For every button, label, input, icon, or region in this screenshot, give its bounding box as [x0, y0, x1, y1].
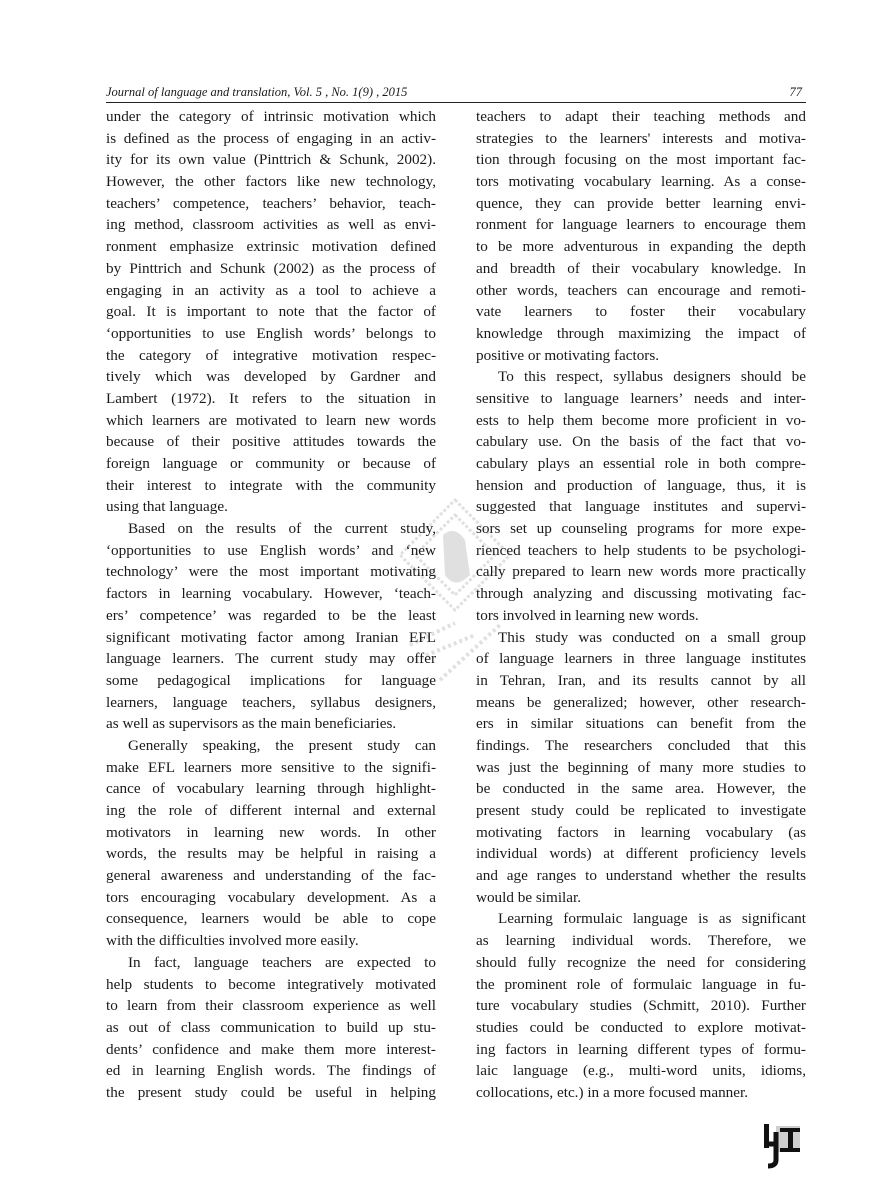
text-line: make EFL learners more sensitive to the …	[106, 757, 436, 779]
text-line: as learning individual words. Therefore,…	[476, 930, 806, 952]
text-line: foreign language or community or because…	[106, 453, 436, 475]
text-line: the present study could be useful in hel…	[106, 1082, 436, 1104]
text-line: vate learners to foster their vocabulary	[476, 301, 806, 323]
text-line: to learn from their classroom experience…	[106, 995, 436, 1017]
text-line: cally prepared to learn new words more p…	[476, 561, 806, 583]
text-line: quence, they can provide better learning…	[476, 193, 806, 215]
text-line: the category of integrative motivation r…	[106, 345, 436, 367]
text-line: collocations, etc.) in a more focused ma…	[476, 1082, 806, 1104]
text-line: knowledge through maximizing the impact …	[476, 323, 806, 345]
text-line: through analyzing and discussing motivat…	[476, 583, 806, 605]
paragraph: Generally speaking, the present study ca…	[106, 735, 436, 952]
text-line: should fully recognize the need for cons…	[476, 952, 806, 974]
text-line: be conducted in the same area. However, …	[476, 778, 806, 800]
text-line: is defined as the process of engaging in…	[106, 128, 436, 150]
journal-logo-ljlt-icon	[762, 1122, 804, 1170]
text-line: some pedagogical implications for langua…	[106, 670, 436, 692]
text-line: words, the results may be helpful in rai…	[106, 843, 436, 865]
text-line: would be similar.	[476, 887, 806, 909]
text-line: cance of vocabulary learning through hig…	[106, 778, 436, 800]
text-line: studies could be conducted to explore mo…	[476, 1017, 806, 1039]
text-line: ing factors in learning different types …	[476, 1039, 806, 1061]
text-line: sors set up counseling programs for more…	[476, 518, 806, 540]
text-line: ed in learning English words. The findin…	[106, 1060, 436, 1082]
text-line: teachers to adapt their teaching methods…	[476, 106, 806, 128]
text-line: tors involved in learning new words.	[476, 605, 806, 627]
text-line: This study was conducted on a small grou…	[476, 627, 806, 649]
text-line: ture vocabulary studies (Schmitt, 2010).…	[476, 995, 806, 1017]
paragraph: To this respect, syllabus designers shou…	[476, 366, 806, 626]
text-line: tion through focusing on the most import…	[476, 149, 806, 171]
paragraph: teachers to adapt their teaching methods…	[476, 106, 806, 366]
text-line: the prominent role of formulaic language…	[476, 974, 806, 996]
text-line: Learning formulaic language is as signif…	[476, 908, 806, 930]
text-line: was just the beginning of many more stud…	[476, 757, 806, 779]
paragraph: under the category of intrinsic motivati…	[106, 106, 436, 518]
text-line: hension and production of language, thus…	[476, 475, 806, 497]
text-line: cabulary plays an essential role in both…	[476, 453, 806, 475]
text-line: sensitive to language learners’ needs an…	[476, 388, 806, 410]
text-line: dents’ confidence and make them more int…	[106, 1039, 436, 1061]
journal-title: Journal of language and translation, Vol…	[106, 84, 407, 100]
text-line: suggested that language institutes and s…	[476, 496, 806, 518]
text-line: under the category of intrinsic motivati…	[106, 106, 436, 128]
text-line: ronment for language learners to encoura…	[476, 214, 806, 236]
text-line: as out of class communication to build u…	[106, 1017, 436, 1039]
text-line: general awareness and understanding of t…	[106, 865, 436, 887]
text-line: tors motivating vocabulary learning. As …	[476, 171, 806, 193]
text-line: Based on the results of the current stud…	[106, 518, 436, 540]
text-line: learners, language teachers, syllabus de…	[106, 692, 436, 714]
text-line: significant motivating factor among Iran…	[106, 627, 436, 649]
text-line: positive or motivating factors.	[476, 345, 806, 367]
running-header: Journal of language and translation, Vol…	[106, 84, 806, 103]
text-line: However, the other factors like new tech…	[106, 171, 436, 193]
text-line: ity for its own value (Pinttrich & Schun…	[106, 149, 436, 171]
text-line: ‘opportunities to use English words’ and…	[106, 540, 436, 562]
left-column: under the category of intrinsic motivati…	[106, 106, 436, 1104]
text-line: present study could be replicated to inv…	[476, 800, 806, 822]
paragraph: This study was conducted on a small grou…	[476, 627, 806, 909]
text-line: strategies to the learners' interests an…	[476, 128, 806, 150]
text-line: motivators in learning new words. In oth…	[106, 822, 436, 844]
paragraph: In fact, language teachers are expected …	[106, 952, 436, 1104]
text-line: as well as supervisors as the main benef…	[106, 713, 436, 735]
text-line: tors encouraging vocabulary development.…	[106, 887, 436, 909]
text-line: and age ranges to understand whether the…	[476, 865, 806, 887]
text-line: teachers’ competence, teachers’ behavior…	[106, 193, 436, 215]
text-line: which learners are motivated to learn ne…	[106, 410, 436, 432]
text-line: Generally speaking, the present study ca…	[106, 735, 436, 757]
text-line: of language learners in three language i…	[476, 648, 806, 670]
text-line: engaging in an activity as a tool to ach…	[106, 280, 436, 302]
paragraph: Learning formulaic language is as signif…	[476, 908, 806, 1103]
text-line: consequence, learners would be able to c…	[106, 908, 436, 930]
text-line: rienced teachers to help students to be …	[476, 540, 806, 562]
text-line: ronment emphasize extrinsic motivation d…	[106, 236, 436, 258]
text-line: factors in learning vocabulary. However,…	[106, 583, 436, 605]
text-line: other words, teachers can encourage and …	[476, 280, 806, 302]
text-line: cabulary use. On the basis of the fact t…	[476, 431, 806, 453]
text-line: in Tehran, Iran, and its results cannot …	[476, 670, 806, 692]
text-line: ers in similar situations can benefit fr…	[476, 713, 806, 735]
text-line: by Pinttrich and Schunk (2002) as the pr…	[106, 258, 436, 280]
text-line: laic language (e.g., multi-word units, i…	[476, 1060, 806, 1082]
text-line: means be generalized; however, other res…	[476, 692, 806, 714]
text-line: Lambert (1972). It refers to the situati…	[106, 388, 436, 410]
text-line: technology’ were the most important moti…	[106, 561, 436, 583]
text-line: because of their positive attitudes towa…	[106, 431, 436, 453]
text-line: tively which was developed by Gardner an…	[106, 366, 436, 388]
text-line: help students to become integratively mo…	[106, 974, 436, 996]
text-line: to be more adventurous in expanding the …	[476, 236, 806, 258]
text-line: using that language.	[106, 496, 436, 518]
text-line: ers’ competence’ was regarded to be the …	[106, 605, 436, 627]
right-column: teachers to adapt their teaching methods…	[476, 106, 806, 1104]
text-line: motivating factors in learning vocabular…	[476, 822, 806, 844]
text-line: ‘opportunities to use English words’ bel…	[106, 323, 436, 345]
text-line: language learners. The current study may…	[106, 648, 436, 670]
text-line: ing the role of different internal and e…	[106, 800, 436, 822]
text-line: goal. It is important to note that the f…	[106, 301, 436, 323]
text-line: their interest to integrate with the com…	[106, 475, 436, 497]
paragraph: Based on the results of the current stud…	[106, 518, 436, 735]
text-line: ests to help them become more proficient…	[476, 410, 806, 432]
text-line: and breadth of their vocabulary knowledg…	[476, 258, 806, 280]
text-line: ing method, classroom activities as well…	[106, 214, 436, 236]
text-line: In fact, language teachers are expected …	[106, 952, 436, 974]
text-line: To this respect, syllabus designers shou…	[476, 366, 806, 388]
text-line: findings. The researchers concluded that…	[476, 735, 806, 757]
text-line: with the difficulties involved more easi…	[106, 930, 436, 952]
text-line: individual words) at different proficien…	[476, 843, 806, 865]
page-number: 77	[790, 84, 803, 100]
